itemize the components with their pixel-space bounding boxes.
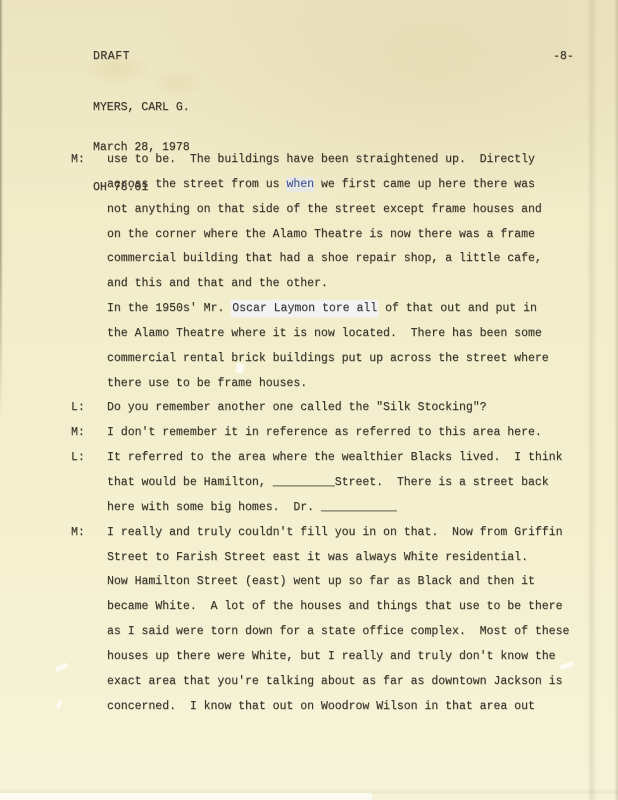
whiteout-mark xyxy=(56,700,63,710)
transcript-line: houses up there were White, but I really… xyxy=(71,645,571,670)
line-text: houses up there were White, but I really… xyxy=(107,650,556,663)
line-text: I really and truly couldn't fill you in … xyxy=(107,526,562,539)
paper-crease xyxy=(587,0,597,800)
transcript-line: on the corner where the Alamo Theatre is… xyxy=(71,223,571,248)
transcript-line: there use to be frame houses. xyxy=(71,372,571,397)
line-text: became White. A lot of the houses and th… xyxy=(107,600,562,613)
transcript-line: that would be Hamilton, _________Street.… xyxy=(71,471,571,496)
draft-label: DRAFT xyxy=(93,50,130,63)
whiteout-mark xyxy=(55,662,69,673)
speaker-label: L: xyxy=(71,396,85,421)
transcript-line: In the 1950s' Mr. Oscar Laymon tore all … xyxy=(71,297,571,322)
line-text: as I said were torn down for a state off… xyxy=(107,625,569,638)
correction-tape-text: Oscar Laymon tore all xyxy=(231,300,378,317)
line-text: there use to be frame houses. xyxy=(107,377,307,390)
line-text: and this and that and the other. xyxy=(107,277,328,290)
line-text: here with some big homes. Dr. __________… xyxy=(107,501,397,514)
transcript-line: the Alamo Theatre where it is now locate… xyxy=(71,322,571,347)
line-text: It referred to the area where the wealth… xyxy=(107,451,562,464)
line-text: Do you remember another one called the "… xyxy=(107,401,487,414)
line-text: on the corner where the Alamo Theatre is… xyxy=(107,228,535,241)
line-text: of that out and put in xyxy=(378,302,537,315)
transcript-line: L:Do you remember another one called the… xyxy=(71,396,571,421)
line-text: commercial building that had a shoe repa… xyxy=(107,252,542,265)
transcript-line: across the street from us when we first … xyxy=(71,173,571,198)
scanner-bed-strip xyxy=(0,793,372,800)
line-text: not anything on that side of the street … xyxy=(107,203,542,216)
overstruck-word: when xyxy=(286,177,314,192)
line-text: across the street from us xyxy=(107,178,286,191)
line-text: I don't remember it in reference as refe… xyxy=(107,426,542,439)
speaker-label: L: xyxy=(71,446,85,471)
speaker-label: M: xyxy=(71,521,85,546)
line-text: commercial rental brick buildings put up… xyxy=(107,352,549,365)
line-text: that would be Hamilton, _________Street.… xyxy=(107,476,549,489)
transcript-line: and this and that and the other. xyxy=(71,272,571,297)
page-edge-shadow xyxy=(0,0,3,420)
speaker-label: M: xyxy=(71,148,85,173)
line-text: Now Hamilton Street (east) went up so fa… xyxy=(107,575,535,588)
transcript: M:use to be. The buildings have been str… xyxy=(71,148,571,719)
page-number: -8- xyxy=(553,50,574,63)
transcript-line: commercial building that had a shoe repa… xyxy=(71,247,571,272)
transcript-line: L:It referred to the area where the weal… xyxy=(71,446,571,471)
transcript-line: commercial rental brick buildings put up… xyxy=(71,347,571,372)
transcript-line: as I said were torn down for a state off… xyxy=(71,620,571,645)
transcript-line: concerned. I know that out on Woodrow Wi… xyxy=(71,695,571,720)
transcript-line: exact area that you're talking about as … xyxy=(71,670,571,695)
line-text: use to be. The buildings have been strai… xyxy=(107,153,535,166)
transcript-line: Street to Farish Street east it was alwa… xyxy=(71,546,571,571)
interviewee-name: MYERS, CARL G. xyxy=(93,101,190,114)
transcript-line: became White. A lot of the houses and th… xyxy=(71,595,571,620)
document-page: DRAFT -8- MYERS, CARL G. March 28, 1978 … xyxy=(0,0,618,800)
speaker-label: M: xyxy=(71,421,85,446)
line-text: Street to Farish Street east it was alwa… xyxy=(107,551,528,564)
transcript-line: M:use to be. The buildings have been str… xyxy=(71,148,571,173)
line-text: concerned. I know that out on Woodrow Wi… xyxy=(107,700,535,713)
transcript-line: M:I don't remember it in reference as re… xyxy=(71,421,571,446)
line-text: we first came up here there was xyxy=(314,178,535,191)
line-text: the Alamo Theatre where it is now locate… xyxy=(107,327,542,340)
transcript-line: here with some big homes. Dr. __________… xyxy=(71,496,571,521)
page-edge-shadow xyxy=(614,0,618,800)
line-text: In the 1950s' Mr. xyxy=(107,302,231,315)
transcript-line: M:I really and truly couldn't fill you i… xyxy=(71,521,571,546)
transcript-line: not anything on that side of the street … xyxy=(71,198,571,223)
line-text: exact area that you're talking about as … xyxy=(107,675,562,688)
transcript-line: Now Hamilton Street (east) went up so fa… xyxy=(71,570,571,595)
